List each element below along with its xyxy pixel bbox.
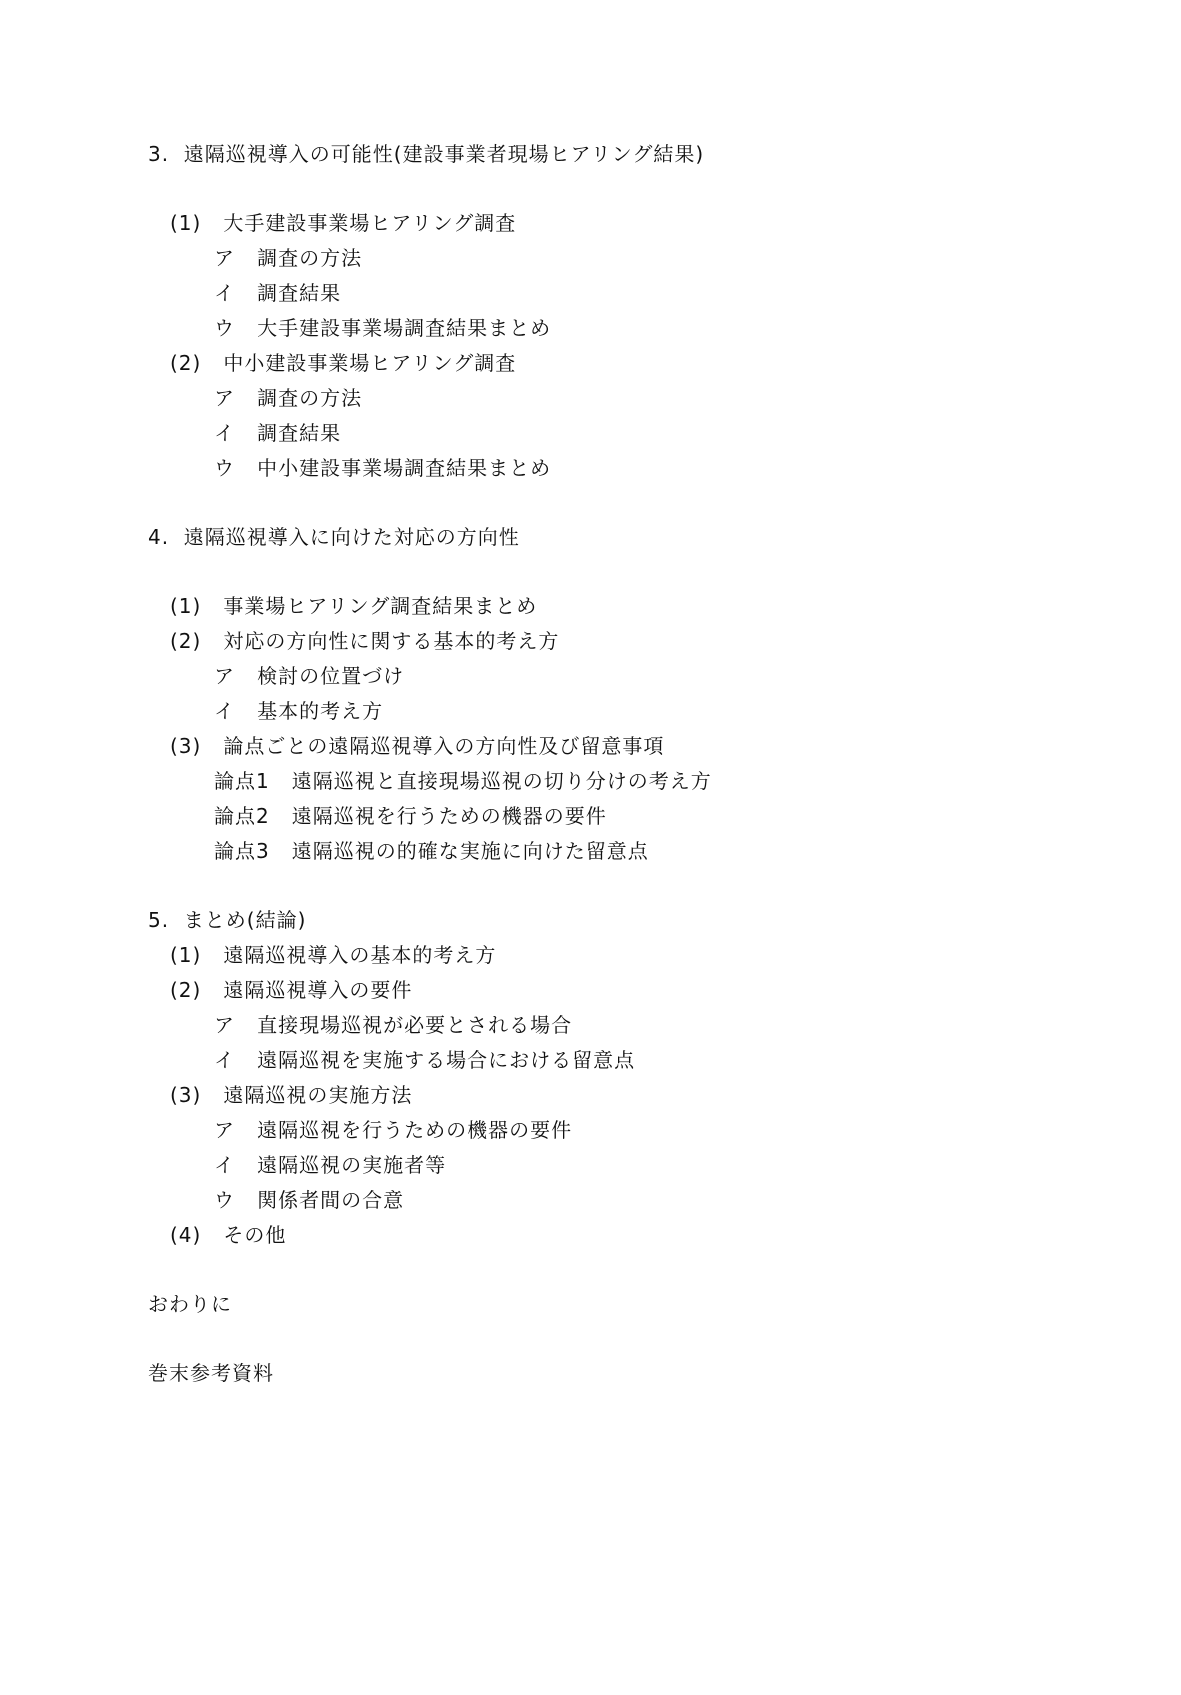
toc-entry: (2) 中小建設事業場ヒアリング調査 [170,351,516,375]
toc-entry: ウ 関係者間の合意 [214,1188,404,1212]
toc-entry: ア 直接現場巡視が必要とされる場合 [214,1013,572,1037]
toc-entry: ウ 中小建設事業場調査結果まとめ [214,456,551,480]
toc-entry: イ 調査結果 [214,281,341,305]
toc-entry: (3) 遠隔巡視の実施方法 [170,1083,412,1107]
toc-entry: ア 調査の方法 [214,386,362,410]
toc-entry: ウ 大手建設事業場調査結果まとめ [214,316,551,340]
toc-entry: ア 調査の方法 [214,246,362,270]
toc-entry: ア 検討の位置づけ [214,664,404,688]
toc-entry: (1) 遠隔巡視導入の基本的考え方 [170,943,496,967]
toc-entry: (2) 遠隔巡視導入の要件 [170,978,412,1002]
toc-entry: ア 遠隔巡視を行うための機器の要件 [214,1118,572,1142]
toc-entry: イ 遠隔巡視の実施者等 [214,1153,446,1177]
toc-entry: (2) 対応の方向性に関する基本的考え方 [170,629,559,653]
toc-entry: (3) 論点ごとの遠隔巡視導入の方向性及び留意事項 [170,734,664,758]
toc-entry: (4) その他 [170,1223,286,1247]
toc-entry: (1) 大手建設事業場ヒアリング調査 [170,211,516,235]
toc-entry: 論点1 遠隔巡視と直接現場巡視の切り分けの考え方 [214,769,712,793]
toc-entry: 論点2 遠隔巡視を行うための機器の要件 [214,804,607,828]
toc-entry: イ 遠隔巡視を実施する場合における留意点 [214,1048,635,1072]
toc-entry: (1) 事業場ヒアリング調査結果まとめ [170,594,537,618]
toc-entry: 5. まとめ(結論) [148,908,306,932]
toc-entry: おわりに [148,1292,232,1316]
toc-entry: 3. 遠隔巡視導入の可能性(建設事業者現場ヒアリング結果) [148,142,704,166]
toc-entry: 巻末参考資料 [148,1361,274,1385]
toc-entry: イ 調査結果 [214,421,341,445]
toc-entry: イ 基本的考え方 [214,699,383,723]
toc-entry: 論点3 遠隔巡視の的確な実施に向けた留意点 [214,839,649,863]
toc-entry: 4. 遠隔巡視導入に向けた対応の方向性 [148,525,520,549]
